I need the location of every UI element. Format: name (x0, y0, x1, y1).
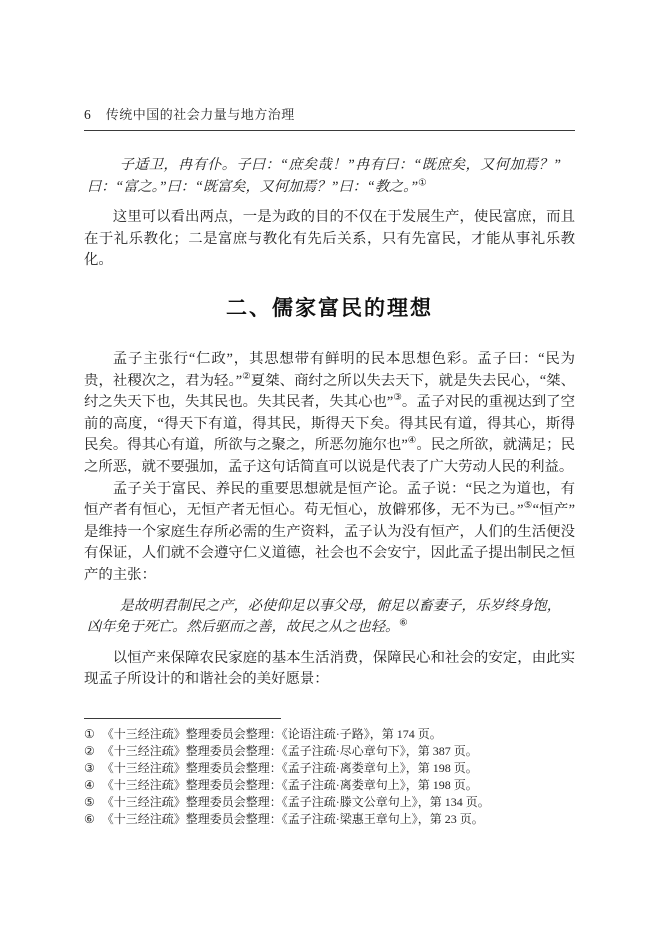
paragraph-commentary-summary: 以恒产来保障农民家庭的基本生活消费，保障民心和社会的安定，由此实现孟子所设计的和… (84, 648, 575, 691)
paragraph-mengzi-hengchan: 孟子关于富民、养民的重要思想就是恒产论。孟子说：“民之为道也，有恒产者有恒心，无… (84, 479, 575, 587)
footnote-reference: ⑤ (523, 501, 532, 511)
footnote-item: ④《十三经注疏》整理委员会整理：《孟子注疏·离娄章句上》，第 198 页。 (84, 777, 575, 794)
footnote-text: 《十三经注疏》整理委员会整理：《论语注疏·子路》，第 174 页。 (102, 727, 442, 741)
footnote-text: 《十三经注疏》整理委员会整理：《孟子注疏·离娄章句上》，第 198 页。 (102, 778, 478, 792)
footnote-item: ⑤《十三经注疏》整理委员会整理：《孟子注疏·滕文公章句上》，第 134 页。 (84, 794, 575, 811)
paragraph-mengzi-minben: 孟子主张行“仁政”，其思想带有鲜明的民本思想色彩。孟子曰：“民为贵，社稷次之，君… (84, 349, 575, 479)
quote-lunyu-zilu: 子适卫，冉有仆。子曰：“庶矣哉！”冉有曰：“既庶矣，又何加焉？”曰：“富之。”曰… (87, 155, 561, 198)
quote-mengzi-hengchan: 是故明君制民之产，必使仰足以事父母，俯足以畜妻子，乐岁终身饱，凶年免于死亡。然后… (87, 596, 561, 639)
footnote-reference: ③ (393, 393, 402, 403)
running-title: 传统中国的社会力量与地方治理 (106, 104, 295, 123)
footnote-marker: ⑥ (84, 812, 95, 826)
footnote-marker: ① (84, 727, 95, 741)
footnote-reference: ② (242, 372, 251, 382)
footnote-text: 《十三经注疏》整理委员会整理：《孟子注疏·梁惠王章句上》，第 23 页。 (102, 812, 484, 826)
paragraph-commentary-intro: 这里可以看出两点，一是为政的目的不仅在于发展生产，使民富庶，而且在于礼乐教化；二… (84, 207, 575, 272)
footnote-marker: ② (84, 744, 95, 758)
footnote-text: 《十三经注疏》整理委员会整理：《孟子注疏·离娄章句上》，第 198 页。 (102, 761, 478, 775)
footnote-divider (84, 718, 281, 719)
footnote-item: ⑥《十三经注疏》整理委员会整理：《孟子注疏·梁惠王章句上》，第 23 页。 (84, 811, 575, 828)
footnote-reference: ④ (408, 437, 417, 447)
footnote-reference: ⑥ (399, 618, 408, 628)
footnote-marker: ③ (84, 761, 95, 775)
footnote-item: ②《十三经注疏》整理委员会整理：《孟子注疏·尽心章句下》，第 387 页。 (84, 743, 575, 760)
page-body: 子适卫，冉有仆。子曰：“庶矣哉！”冉有曰：“既庶矣，又何加焉？”曰：“富之。”曰… (84, 129, 575, 691)
footnote-reference: ① (418, 178, 427, 188)
book-page: 6 传统中国的社会力量与地方治理 子适卫，冉有仆。子曰：“庶矣哉！”冉有曰：“既… (0, 0, 661, 925)
footnote-marker: ⑤ (84, 795, 95, 809)
footnotes-section: ①《十三经注疏》整理委员会整理：《论语注疏·子路》，第 174 页。 ②《十三经… (84, 718, 575, 828)
footnote-item: ③《十三经注疏》整理委员会整理：《孟子注疏·离娄章句上》，第 198 页。 (84, 760, 575, 777)
footnote-item: ①《十三经注疏》整理委员会整理：《论语注疏·子路》，第 174 页。 (84, 726, 575, 743)
page-number: 6 (84, 107, 91, 123)
footnote-text: 《十三经注疏》整理委员会整理：《孟子注疏·滕文公章句上》，第 134 页。 (102, 795, 490, 809)
footnote-marker: ④ (84, 778, 95, 792)
section-heading: 二、儒家富民的理想 (84, 296, 575, 322)
footnote-text: 《十三经注疏》整理委员会整理：《孟子注疏·尽心章句下》，第 387 页。 (102, 744, 478, 758)
running-header: 6 传统中国的社会力量与地方治理 (84, 104, 575, 131)
